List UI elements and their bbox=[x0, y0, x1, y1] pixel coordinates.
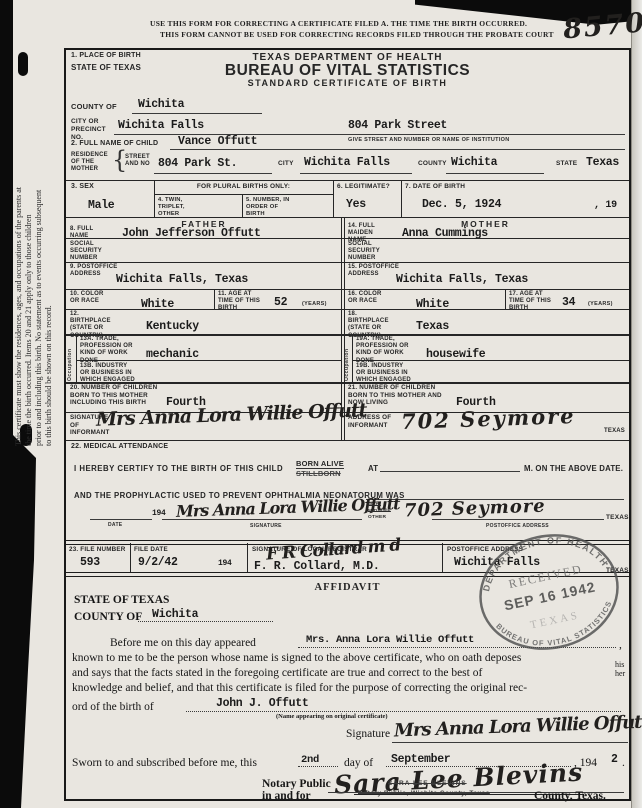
medical-state-label: TEXAS bbox=[606, 514, 629, 522]
notary-stamp-name: SARA LEE BLEVINS bbox=[388, 780, 467, 788]
plural-line bbox=[154, 194, 333, 195]
father-ssn-label: SOCIAL SECURITY NUMBER bbox=[70, 241, 110, 263]
affidavit-birth-underline bbox=[186, 711, 621, 712]
file-date-value: 9/2/42 bbox=[138, 557, 178, 569]
row-line bbox=[66, 309, 629, 310]
sex-value: Male bbox=[88, 200, 114, 212]
mother-race-label: 16. COLOR OR RACE bbox=[348, 291, 384, 305]
at-underline bbox=[380, 471, 520, 472]
divider bbox=[242, 194, 243, 217]
notary-label-2: in and for bbox=[262, 789, 311, 803]
residence-label: RESIDENCE OF THE MOTHER bbox=[71, 152, 113, 174]
file-year-printed: 194 bbox=[218, 560, 232, 568]
affidavit-county-value: Wichita bbox=[152, 609, 198, 621]
legitimate-label: 6. LEGITIMATE? bbox=[337, 183, 390, 191]
affidavit-birth-name: John J. Offutt bbox=[216, 698, 308, 710]
city-value: Wichita Falls bbox=[118, 120, 204, 132]
child-name-underline bbox=[170, 149, 625, 150]
divider bbox=[130, 543, 131, 572]
divider bbox=[505, 289, 506, 309]
row-line bbox=[66, 440, 629, 441]
street-value: 804 Park Street bbox=[348, 120, 447, 132]
mother-po-value: Wichita Falls, Texas bbox=[396, 274, 528, 286]
sworn-text-1: Sworn to and subscribed before me, this bbox=[72, 756, 257, 770]
plural-births-label: FOR PLURAL BIRTHS ONLY: bbox=[154, 183, 333, 191]
affidavit-comma: , bbox=[619, 638, 622, 652]
affidavit-county-underline bbox=[138, 621, 273, 622]
affidavit-body-1: known to me to be the person whose name … bbox=[72, 651, 521, 665]
county-underline bbox=[132, 113, 262, 114]
date-caption: DATE bbox=[108, 522, 122, 528]
other-option: OTHER bbox=[368, 515, 386, 521]
row-line bbox=[76, 360, 342, 361]
registrar-typed: F. R. Collard, M.D. bbox=[254, 561, 379, 573]
affidavit-signature-underline bbox=[392, 742, 628, 743]
file-number-handwritten: 85707 bbox=[562, 8, 642, 44]
on-date-label: M. ON THE ABOVE DATE. bbox=[524, 464, 623, 473]
affidavit-appeared-name: Mrs. Anna Lora Willie Offutt bbox=[306, 635, 474, 646]
mother-age-value: 34 bbox=[562, 297, 575, 309]
county-label: COUNTY OF bbox=[71, 102, 117, 111]
file-number-label: 23. FILE NUMBER bbox=[69, 546, 126, 554]
born-alive-option: BORN ALIVE bbox=[296, 459, 344, 469]
medical-address-handwritten: 702 Seymore bbox=[404, 498, 546, 521]
child-name-value: Vance Offutt bbox=[178, 136, 257, 148]
stillborn-option: STILLBORN bbox=[296, 469, 341, 478]
affidavit-signature-label: Signature bbox=[346, 727, 390, 741]
signature-underline bbox=[162, 519, 362, 520]
father-years-label: (YEARS) bbox=[302, 301, 327, 308]
dob-tail: , 19 bbox=[594, 201, 617, 211]
residence-city-value: Wichita Falls bbox=[304, 157, 390, 169]
file-number-value: 593 bbox=[80, 557, 100, 569]
affidavit-before-text: Before me on this day appeared bbox=[110, 636, 256, 650]
margin-line: to this birth should be shown on this re… bbox=[44, 42, 54, 446]
twin-label: 4. TWIN, TRIPLET, OTHER bbox=[158, 197, 204, 218]
residence-county-label: COUNTY bbox=[418, 160, 447, 168]
scanned-birth-certificate: USE THIS FORM FOR CORRECTING A CERTIFICA… bbox=[0, 0, 642, 808]
divider bbox=[333, 180, 334, 217]
county-texas-label: County, Texas. bbox=[534, 789, 606, 803]
affidavit-her: her bbox=[615, 669, 625, 679]
po-caption: POSTOFFICE ADDRESS bbox=[486, 523, 549, 529]
mother-birthplace-value: Texas bbox=[416, 321, 449, 333]
row-line bbox=[66, 217, 629, 218]
mother-occupation-side-label: Occupation bbox=[345, 337, 350, 381]
row-line bbox=[352, 360, 629, 361]
order-label: 5. NUMBER, IN ORDER OF BIRTH bbox=[246, 197, 296, 218]
city-label: CITY OR PRECINCT NO. bbox=[71, 118, 117, 141]
divider bbox=[442, 543, 443, 572]
residence-street-value: 804 Park St. bbox=[158, 158, 237, 170]
certify-text: I HEREBY CERTIFY TO THE BIRTH OF THIS CH… bbox=[74, 464, 283, 473]
mother-years-label: (YEARS) bbox=[588, 301, 613, 308]
file-date-label: FILE DATE bbox=[134, 546, 168, 554]
residence-county-underline bbox=[446, 173, 544, 174]
instruction-line-2: THIS FORM CANNOT BE USED FOR CORRECTING … bbox=[160, 30, 554, 40]
sex-label: 3. SEX bbox=[71, 183, 94, 191]
medical-year-printed: 194 bbox=[152, 510, 166, 518]
sworn-period: . bbox=[622, 756, 625, 770]
divider bbox=[401, 180, 402, 217]
row-line bbox=[66, 180, 629, 181]
affidavit-birth-pre: ord of the birth of bbox=[72, 700, 154, 714]
affidavit-body-3: knowledge and belief, and that this cert… bbox=[72, 681, 527, 695]
row-line bbox=[66, 238, 629, 239]
residence-city-label: CITY bbox=[278, 160, 294, 168]
row-line bbox=[66, 334, 629, 336]
sworn-day-underline bbox=[298, 766, 338, 767]
instruction-line-1: USE THIS FORM FOR CORRECTING A CERTIFICA… bbox=[150, 19, 527, 29]
po-underline bbox=[432, 519, 604, 520]
residence-city-underline bbox=[300, 173, 412, 174]
divider bbox=[247, 543, 248, 572]
father-children-label: 20. NUMBER OF CHILDREN BORN TO THIS MOTH… bbox=[70, 384, 170, 407]
md-option: M. D. bbox=[368, 503, 381, 509]
street-caption: GIVE STREET AND NUMBER OR NAME OF INSTIT… bbox=[348, 137, 510, 144]
street-underline bbox=[344, 134, 625, 135]
father-race-label: 10. COLOR OR RACE bbox=[70, 291, 106, 305]
sworn-day: 2nd bbox=[301, 755, 319, 766]
father-age-value: 52 bbox=[274, 297, 287, 309]
dob-label: 7. DATE OF BIRTH bbox=[405, 183, 465, 191]
certificate-title: STANDARD CERTIFICATE OF BIRTH bbox=[66, 78, 629, 89]
divider bbox=[76, 334, 77, 382]
sworn-year: 2 bbox=[611, 754, 618, 766]
paper-right-edge bbox=[631, 0, 642, 808]
informant-address-handwritten: 702 Seymore bbox=[401, 405, 576, 432]
at-label: AT bbox=[368, 464, 378, 473]
residence-street-label: STREET AND NO bbox=[125, 154, 153, 168]
midwife-option: MIDWIFE bbox=[368, 509, 391, 515]
affidavit-state: STATE OF TEXAS bbox=[74, 593, 169, 607]
mother-ssn-label: SOCIAL SECURITY NUMBER bbox=[348, 241, 388, 263]
affidavit-body-2: and says that the facts stated in the fo… bbox=[72, 666, 482, 680]
informant-state-label: TEXAS bbox=[604, 428, 625, 435]
stamp-state-text: TEXAS bbox=[529, 609, 581, 631]
signature-caption: SIGNATURE bbox=[250, 523, 282, 529]
margin-line: prior to and including this birth. No st… bbox=[34, 42, 44, 446]
row-line bbox=[66, 262, 629, 263]
mother-trade-value: housewife bbox=[426, 349, 485, 361]
mother-po-label: 15. POSTOFFICE ADDRESS bbox=[348, 264, 403, 278]
informant-address-label: ADDRESS OF INFORMANT bbox=[348, 414, 394, 429]
date-underline bbox=[90, 519, 152, 520]
residence-state-value: Texas bbox=[586, 157, 619, 169]
father-birthplace-value: Kentucky bbox=[146, 321, 199, 333]
row-line bbox=[66, 289, 629, 290]
father-occupation-side-label: Occupation bbox=[68, 337, 73, 381]
residence-street-underline bbox=[154, 173, 272, 174]
affidavit-birth-caption: (Name appearing on original certificate) bbox=[276, 713, 388, 721]
medical-attendance-label: 22. MEDICAL ATTENDANCE bbox=[71, 443, 168, 451]
residence-county-value: Wichita bbox=[451, 157, 497, 169]
father-po-value: Wichita Falls, Texas bbox=[116, 274, 248, 286]
county-value: Wichita bbox=[138, 99, 184, 111]
margin-note: This certificate must show the residence… bbox=[14, 42, 54, 446]
divider bbox=[352, 334, 353, 382]
sworn-month: September bbox=[391, 754, 450, 766]
margin-line: This certificate must show the residence… bbox=[14, 42, 24, 446]
dob-value: Dec. 5, 1924 bbox=[422, 199, 501, 211]
margin-line: the time the birth occurred. Items 20 an… bbox=[24, 42, 34, 446]
divider bbox=[214, 289, 215, 309]
affidavit-signature-handwritten: Mrs Anna Lora Willie Offutt bbox=[394, 714, 642, 741]
residence-state-label: STATE bbox=[556, 160, 577, 168]
legitimate-value: Yes bbox=[346, 199, 366, 211]
father-trade-value: mechanic bbox=[146, 349, 199, 361]
certificate-form: 1. PLACE OF BIRTH STATE OF TEXAS TEXAS D… bbox=[64, 48, 631, 801]
affidavit-county-label: COUNTY OF bbox=[74, 610, 142, 624]
